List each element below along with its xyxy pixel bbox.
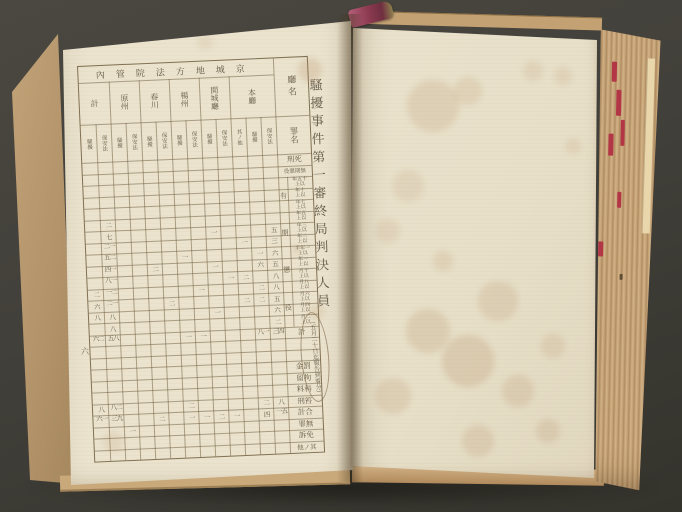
- foxing-stain: [554, 67, 572, 85]
- margin-note: 六: [81, 346, 89, 357]
- office-header: 楊州: [169, 78, 201, 121]
- foxing-stain: [376, 219, 400, 243]
- foxing-stain: [406, 309, 450, 353]
- red-edge-mark: [608, 134, 613, 156]
- foxing-stain: [294, 248, 298, 252]
- row-label: 其ノ他: [290, 440, 324, 453]
- table-cell-value: 六: [266, 246, 281, 258]
- table-cell-value: 六: [88, 300, 103, 312]
- penalty-span-char: 期: [281, 228, 288, 238]
- foxing-stain: [197, 34, 213, 50]
- table-cell-value: 一四: [102, 265, 117, 277]
- red-edge-mark: [620, 274, 623, 280]
- table-cell-value: 八: [104, 311, 119, 323]
- table-cell-value: 九三: [108, 414, 123, 426]
- foxing-stain: [407, 80, 459, 132]
- table-cell-value: 一: [207, 260, 222, 272]
- table-cell-value: 一: [236, 236, 251, 248]
- crime-subheader: 騷擾: [111, 123, 128, 162]
- penalty-span-char: 懲: [283, 265, 290, 275]
- foxing-stain: [523, 61, 543, 81]
- crime-subheader: 其ノ他: [230, 118, 247, 157]
- table-title-note-text: （五月二十日迄報告到着分）: [308, 318, 322, 396]
- fore-edge-marks: [599, 23, 665, 24]
- table-cell-value: 八: [273, 396, 288, 408]
- table-cell-value: 二: [258, 396, 273, 408]
- table-cell-value: 二: [253, 293, 268, 305]
- table-cell-value: 五一: [273, 407, 288, 419]
- table-cell-value: 一: [195, 330, 210, 342]
- bookmark-strip: [642, 58, 655, 233]
- foxing-stain: [309, 304, 325, 320]
- table-grid-line: [215, 119, 231, 456]
- office-header: 原州: [109, 80, 141, 123]
- foxing-stain: [392, 170, 424, 202]
- table-cell-value: 四三: [270, 327, 285, 339]
- red-edge-mark: [617, 192, 621, 208]
- table-cell-value: 一: [222, 271, 237, 283]
- table-cell-value: 一八: [102, 276, 117, 288]
- table-cell-value: 二: [238, 294, 253, 306]
- photo-background: 京城地方法院管內廳名罪名本廳保安法騷擾其ノ他開城廳保安法騷擾楊州保安法騷擾春川保…: [0, 0, 682, 512]
- foxing-stain: [502, 375, 534, 407]
- left-page: 京城地方法院管內廳名罪名本廳保安法騷擾其ノ他開城廳保安法騷擾楊州保安法騷擾春川保…: [55, 12, 355, 488]
- office-header: 計: [79, 82, 111, 125]
- table-cell-value: 八: [104, 322, 119, 334]
- foxing-stain: [454, 77, 482, 105]
- table-cell-value: 一二: [101, 242, 116, 254]
- table-cell-value: 一: [209, 306, 224, 318]
- table-cell-value: 一二: [103, 299, 118, 311]
- table-cell-value: 二五: [101, 253, 116, 265]
- crime-subheader: 保安法: [96, 124, 113, 163]
- table-cell-value: 八: [93, 403, 108, 415]
- foxing-stain: [442, 335, 494, 387]
- foxing-stain: [103, 432, 123, 452]
- table-cell-value: 一: [124, 425, 139, 437]
- table-cell-value: 二: [183, 400, 198, 412]
- table-grid-line: [126, 123, 142, 460]
- office-header: 開城廳: [199, 76, 231, 119]
- foxing-stain: [565, 138, 581, 154]
- office-header: 本廳: [229, 74, 276, 118]
- red-edge-mark: [612, 62, 617, 82]
- crime-subheader: 騷擾: [141, 122, 158, 161]
- table-cell-value: 二: [213, 410, 228, 422]
- table-cell-value: 四: [258, 408, 273, 420]
- table-cell-value: 八: [268, 281, 283, 293]
- penalty-span-char: 有: [280, 191, 287, 201]
- table-cell-value: 二: [253, 281, 268, 293]
- red-edge-mark: [598, 241, 603, 256]
- table-cell-value: 五: [265, 223, 280, 235]
- crime-subheader: 保安法: [156, 121, 173, 160]
- foxing-stain: [478, 281, 518, 321]
- table-cell-value: 二: [88, 289, 103, 301]
- table-cell-value: 六: [252, 258, 267, 270]
- office-header: 春川: [139, 79, 171, 122]
- table-cell-value: 八: [267, 269, 282, 281]
- foxing-stain: [433, 251, 453, 271]
- table-grid-line: [156, 122, 172, 459]
- table-cell-value: 二: [163, 297, 178, 309]
- foxing-stain: [541, 334, 565, 358]
- table-cell-value: 二六: [90, 335, 105, 347]
- table-cell-value: 五: [268, 292, 283, 304]
- table-cell-value: 二: [147, 263, 162, 275]
- crime-subheader: 保安法: [215, 118, 232, 157]
- table-cell-value: 六: [269, 304, 284, 316]
- table-cell-value: 一八: [255, 327, 270, 339]
- crime-subheader: 保安法: [260, 116, 277, 155]
- table-cell-value: 一: [183, 411, 198, 423]
- penalty-span-char: 役: [285, 303, 292, 313]
- table-cell-value: 一: [228, 409, 243, 421]
- table-cell-value: 一: [180, 331, 195, 343]
- table-cell-value: 三: [266, 235, 281, 247]
- crime-subheader: 保安法: [185, 120, 202, 159]
- table-cell-value: 二: [269, 315, 284, 327]
- fore-edge: [589, 23, 665, 492]
- table-cell-value: 一: [198, 410, 213, 422]
- foxing-stain: [375, 378, 411, 414]
- table-cell-value: 七: [100, 230, 115, 242]
- table-cell-value: 二八: [108, 403, 123, 415]
- foxing-stain: [298, 58, 322, 82]
- crime-subheader: 騷擾: [170, 120, 187, 159]
- table-cell-value: 二: [153, 412, 168, 424]
- right-page: [348, 16, 600, 484]
- table-cell-value: 一: [205, 226, 220, 238]
- foxing-stain: [536, 419, 560, 443]
- red-edge-mark: [616, 90, 622, 116]
- table-cell-value: 一: [193, 284, 208, 296]
- table-cell-value: 二一: [103, 288, 118, 300]
- crime-subheader: 騷擾: [81, 124, 98, 163]
- gutter-shadow: [337, 14, 363, 482]
- table-cell-value: 一: [251, 247, 266, 259]
- crime-subheader: 騷擾: [245, 117, 262, 156]
- crime-subheader: 保安法: [126, 122, 143, 161]
- table-cell-value: 一: [176, 250, 191, 262]
- table-cell-value: 二: [237, 271, 252, 283]
- foxing-stain: [462, 425, 494, 457]
- table-cell-value: 八五: [105, 334, 120, 346]
- red-edge-mark: [620, 120, 625, 146]
- table-cell-value: 五: [267, 258, 282, 270]
- judgment-table: 京城地方法院管內廳名罪名本廳保安法騷擾其ノ他開城廳保安法騷擾楊州保安法騷擾春川保…: [77, 56, 325, 463]
- crime-subheader: 騷擾: [200, 119, 217, 158]
- table-cell-value: 一六: [93, 415, 108, 427]
- table-cell-value: 八: [89, 312, 104, 324]
- table-cell-value: 二: [100, 219, 115, 231]
